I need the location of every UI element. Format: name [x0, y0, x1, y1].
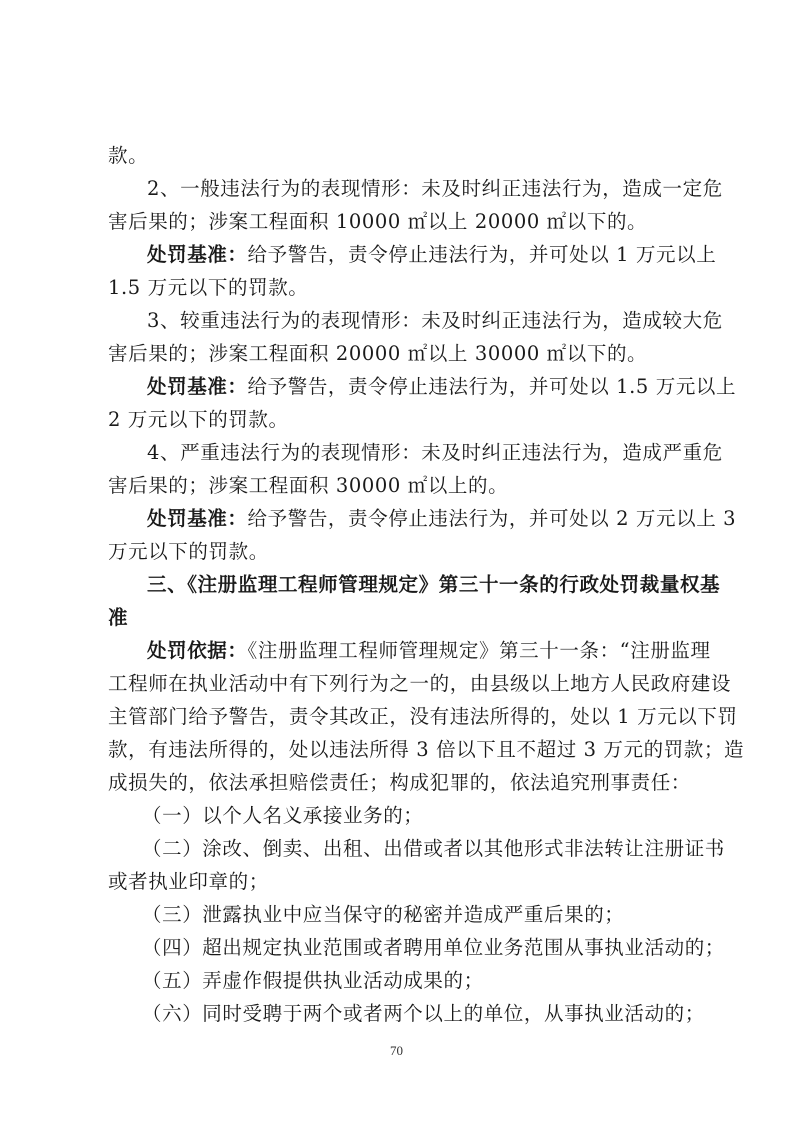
- list-item-cont: 或者执业印章的；: [108, 870, 269, 894]
- text-line: 主管部门给予警告，责令其改正，没有违法所得的，处以 1 万元以下罚: [108, 705, 738, 729]
- text-line: 3、较重违法行为的表现情形：未及时纠正违法行为，造成较大危: [147, 309, 723, 333]
- penalty-basis-line: 处罚依据：《注册监理工程师管理规定》第三十一条：“注册监理: [147, 639, 711, 663]
- line-text: 主管部门给予警告，责令其改正，没有违法所得的，处以 1 万元以下罚: [108, 705, 738, 728]
- line-text: 害后果的；涉案工程面积 10000 ㎡以上 20000 ㎡以下的。: [108, 210, 647, 233]
- line-text: 3、较重违法行为的表现情形：未及时纠正违法行为，造成较大危: [147, 309, 723, 332]
- heading-text: 准: [108, 606, 128, 629]
- text-line: 成损失的，依法承担赔偿责任；构成犯罪的，依法追究刑事责任：: [108, 771, 691, 795]
- text-line: 1.5 万元以下的罚款。: [108, 276, 308, 300]
- line-text: 害后果的；涉案工程面积 30000 ㎡以上的。: [108, 474, 508, 497]
- line-text: 万元以下的罚款。: [108, 540, 269, 563]
- penalty-standard-line: 处罚基准：给予警告，责令停止违法行为，并可处以 2 万元以上 3: [147, 507, 736, 531]
- line-text: 给予警告，责令停止违法行为，并可处以 1.5 万元以上: [248, 375, 737, 398]
- heading-text: 三、《注册监理工程师管理规定》第三十一条的行政处罚裁量权基: [147, 573, 720, 596]
- line-text: 款，有违法所得的，处以违法所得 3 倍以下且不超过 3 万元的罚款；造: [108, 738, 744, 761]
- penalty-standard-label: 处罚基准：: [147, 243, 248, 266]
- list-item: （三）泄露执业中应当保守的秘密并造成严重后果的；: [142, 903, 624, 927]
- line-text: 2、一般违法行为的表现情形：未及时纠正违法行为，造成一定危: [147, 177, 723, 200]
- text-line: 害后果的；涉案工程面积 20000 ㎡以上 30000 ㎡以下的。: [108, 342, 647, 366]
- penalty-standard-line: 处罚基准：给予警告，责令停止违法行为，并可处以 1.5 万元以上: [147, 375, 736, 399]
- text-line: 4、严重违法行为的表现情形：未及时纠正违法行为，造成严重危: [147, 441, 723, 465]
- line-text: 给予警告，责令停止违法行为，并可处以 2 万元以上 3: [248, 507, 737, 530]
- page-number: 70: [0, 1043, 793, 1059]
- line-text: 或者执业印章的；: [108, 870, 269, 893]
- line-text: 成损失的，依法承担赔偿责任；构成犯罪的，依法追究刑事责任：: [108, 771, 691, 794]
- section-heading: 三、《注册监理工程师管理规定》第三十一条的行政处罚裁量权基: [147, 573, 720, 597]
- list-item: （四）超出规定执业范围或者聘用单位业务范围从事执业活动的；: [142, 936, 725, 960]
- text-line: 工程师在执业活动中有下列行为之一的，由县级以上地方人民政府建设: [108, 672, 731, 696]
- text-line: 款。: [108, 144, 148, 168]
- list-item: （二）涂改、倒卖、出租、出借或者以其他形式非法转让注册证书: [142, 837, 725, 861]
- text-line: 害后果的；涉案工程面积 30000 ㎡以上的。: [108, 474, 508, 498]
- line-text: 《注册监理工程师管理规定》第三十一条：“注册监理: [248, 639, 711, 662]
- line-text: （三）泄露执业中应当保守的秘密并造成严重后果的；: [142, 903, 624, 926]
- text-line: 害后果的；涉案工程面积 10000 ㎡以上 20000 ㎡以下的。: [108, 210, 647, 234]
- line-text: （二）涂改、倒卖、出租、出借或者以其他形式非法转让注册证书: [142, 837, 725, 860]
- line-text: 工程师在执业活动中有下列行为之一的，由县级以上地方人民政府建设: [108, 672, 731, 695]
- text-line: 万元以下的罚款。: [108, 540, 269, 564]
- penalty-basis-label: 处罚依据：: [147, 639, 248, 662]
- text-line: 款，有违法所得的，处以违法所得 3 倍以下且不超过 3 万元的罚款；造: [108, 738, 744, 762]
- line-text: 2 万元以下的罚款。: [108, 408, 289, 431]
- line-text: （一）以个人名义承接业务的；: [142, 804, 423, 827]
- line-text: 款。: [108, 144, 148, 167]
- section-heading-cont: 准: [108, 606, 128, 630]
- text-line: 2 万元以下的罚款。: [108, 408, 289, 432]
- penalty-standard-label: 处罚基准：: [147, 507, 248, 530]
- line-text: （五）弄虚作假提供执业活动成果的；: [142, 969, 484, 992]
- list-item: （五）弄虚作假提供执业活动成果的；: [142, 969, 484, 993]
- line-text: 1.5 万元以下的罚款。: [108, 276, 308, 299]
- list-item: （六）同时受聘于两个或者两个以上的单位，从事执业活动的；: [142, 1002, 705, 1026]
- penalty-standard-label: 处罚基准：: [147, 375, 248, 398]
- line-text: （六）同时受聘于两个或者两个以上的单位，从事执业活动的；: [142, 1002, 705, 1025]
- line-text: 害后果的；涉案工程面积 20000 ㎡以上 30000 ㎡以下的。: [108, 342, 647, 365]
- document-page: 款。 2、一般违法行为的表现情形：未及时纠正违法行为，造成一定危 害后果的；涉案…: [0, 0, 793, 1122]
- line-text: 4、严重违法行为的表现情形：未及时纠正违法行为，造成严重危: [147, 441, 723, 464]
- text-line: 2、一般违法行为的表现情形：未及时纠正违法行为，造成一定危: [147, 177, 723, 201]
- list-item: （一）以个人名义承接业务的；: [142, 804, 423, 828]
- line-text: （四）超出规定执业范围或者聘用单位业务范围从事执业活动的；: [142, 936, 725, 959]
- line-text: 给予警告，责令停止违法行为，并可处以 1 万元以上: [248, 243, 717, 266]
- penalty-standard-line: 处罚基准：给予警告，责令停止违法行为，并可处以 1 万元以上: [147, 243, 716, 267]
